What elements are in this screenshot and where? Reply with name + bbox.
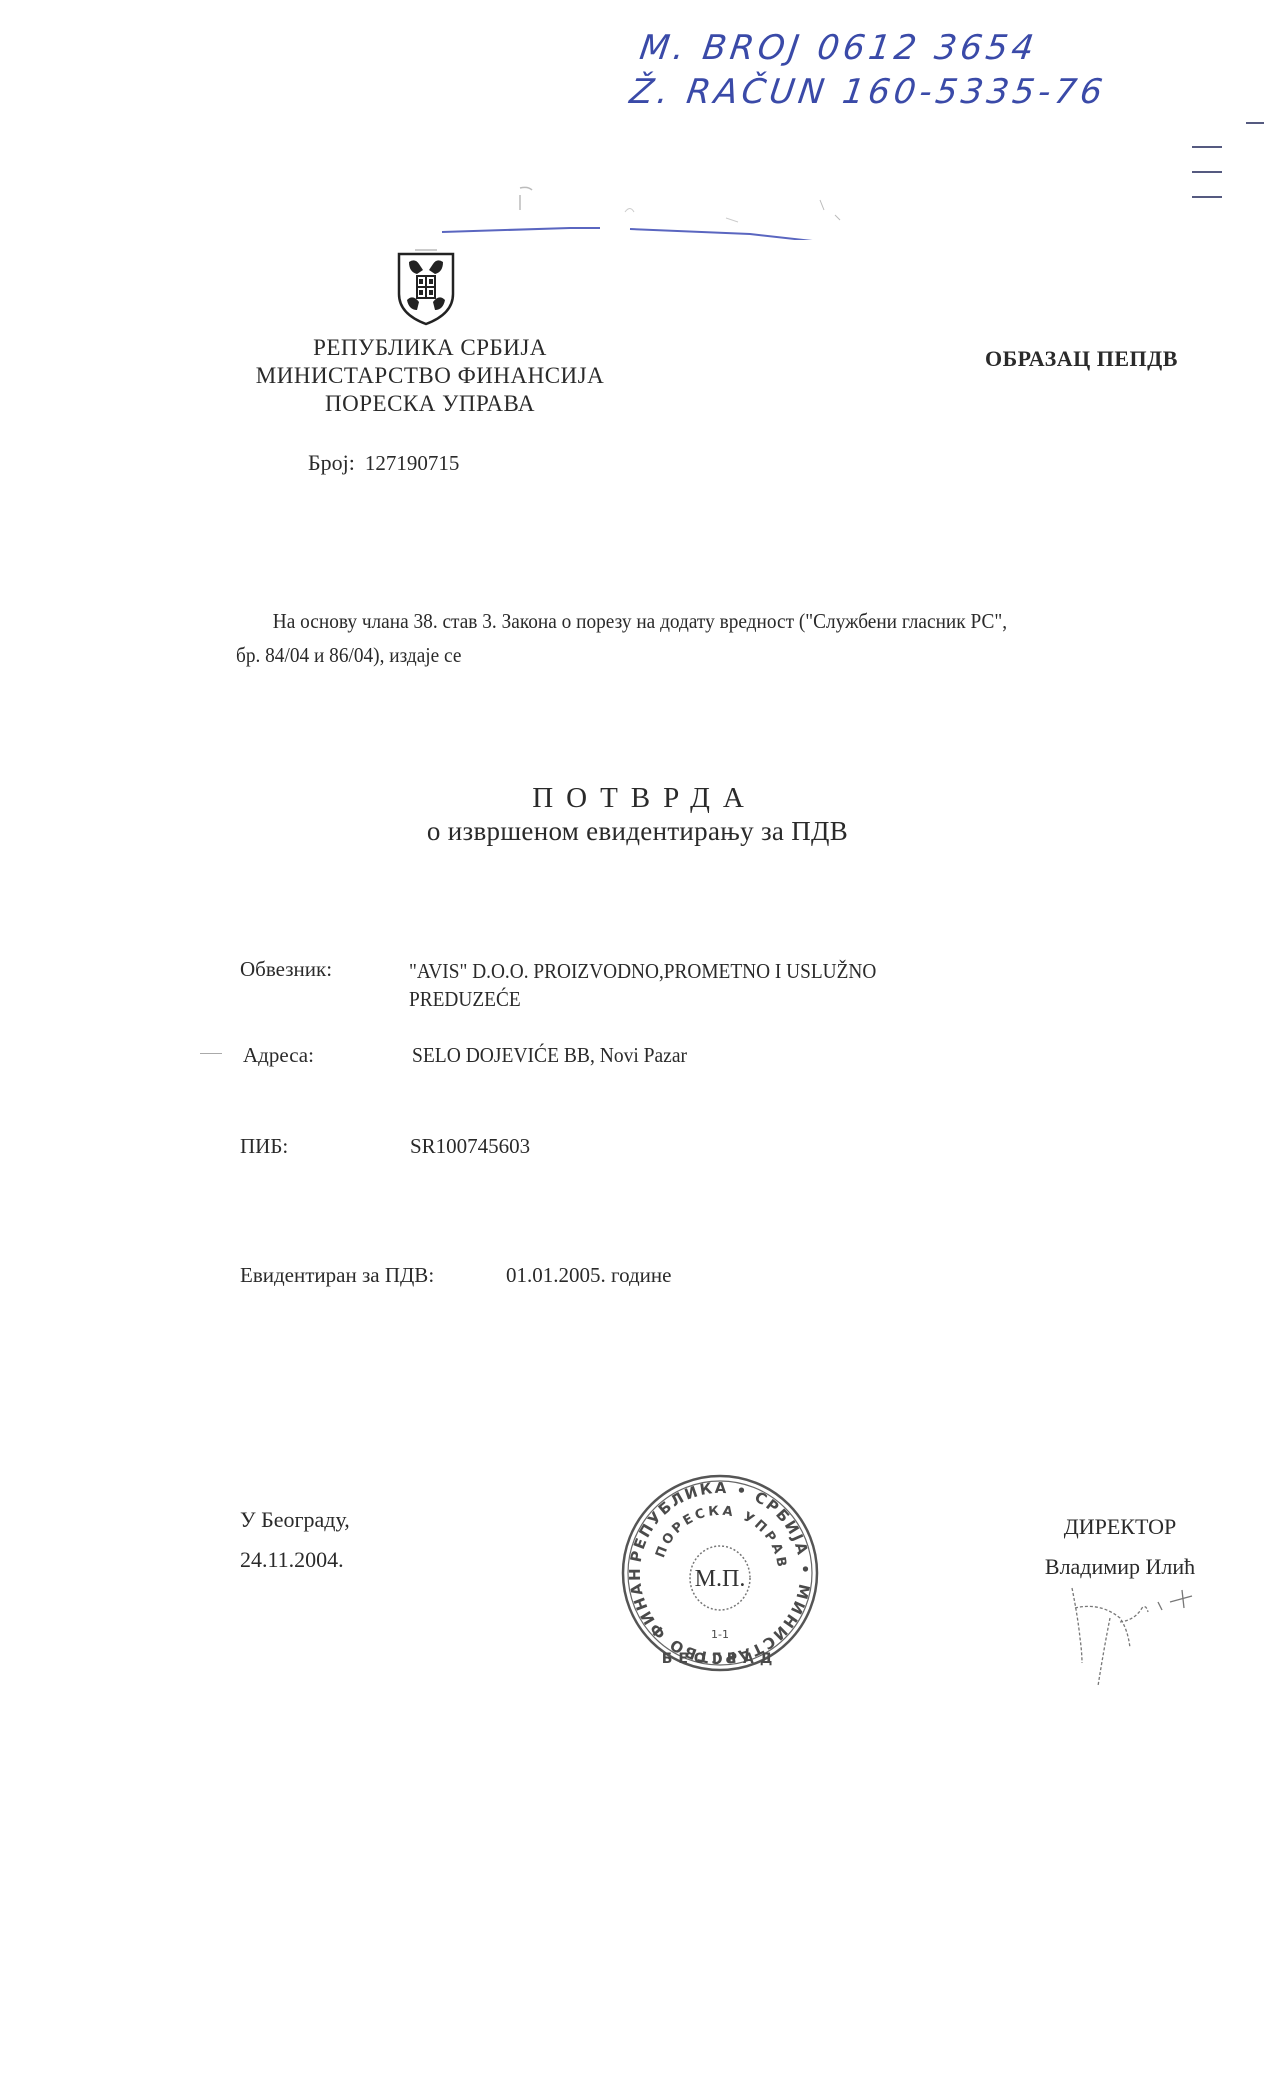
document-number-label: Број: — [308, 450, 355, 475]
pib-label: ПИБ: — [240, 1134, 288, 1159]
adresa-label: Адреса: — [243, 1043, 314, 1068]
evidentiran-value: 01.01.2005. године — [506, 1263, 671, 1288]
institution-name-line3: ПОРЕСКА УПРАВА — [240, 390, 620, 418]
margin-mark — [1192, 146, 1222, 148]
institution-name-line2: МИНИСТАРСТВО ФИНАНСИЈА — [240, 362, 620, 390]
document-subtitle: о извршеном евидентирању за ПДВ — [0, 816, 1275, 847]
handwritten-note-bank-account: Ž. RAČUN 160-5335-76 — [627, 72, 1109, 112]
intro-paragraph: На основу члана 38. став 3. Закона о пор… — [236, 604, 1142, 672]
serbian-coat-of-arms-icon — [395, 248, 457, 326]
svg-text:БЕОГРАД: БЕОГРАД — [662, 1651, 779, 1667]
intro-line1: На основу члана 38. став 3. Закона о пор… — [236, 604, 1142, 638]
obveznik-value-line1: "AVIS" D.O.O. PROIZVODNO,PROMETNO I USLU… — [409, 957, 998, 985]
pen-underline-scribble — [420, 160, 900, 240]
place-date-block: У Београду, 24.11.2004. — [240, 1500, 350, 1580]
issue-date: 24.11.2004. — [240, 1540, 350, 1580]
document-title: ПОТВРДА — [0, 782, 1275, 815]
margin-mark — [1192, 196, 1222, 198]
place: У Београду, — [240, 1500, 350, 1540]
scan-artifact-line — [200, 1053, 222, 1054]
institution-name-line1: РЕПУБЛИКА СРБИЈА — [240, 334, 620, 362]
document-number: Број:127190715 — [308, 450, 459, 476]
evidentiran-label: Евидентиран за ПДВ: — [240, 1263, 434, 1288]
official-seal-icon: РЕПУБЛИКА • СРБИЈА • МИНИСТАРСТВО ФИНАНС… — [620, 1468, 820, 1678]
obveznik-label: Обвезник: — [240, 957, 332, 982]
svg-text:М.П.: М.П. — [695, 1566, 746, 1592]
form-code: ОБРАЗАЦ ПЕПДВ — [985, 346, 1178, 372]
document-number-value: 127190715 — [365, 451, 460, 475]
intro-line2: бр. 84/04 и 86/04), издаје се — [236, 638, 1142, 672]
obveznik-value: "AVIS" D.O.O. PROIZVODNO,PROMETNO I USLU… — [409, 957, 998, 1013]
handwritten-signature-icon — [1020, 1578, 1220, 1688]
margin-mark — [1246, 122, 1264, 124]
handwritten-note-account-id: M. BROJ 0612 3654 — [637, 28, 1040, 68]
margin-mark — [1192, 171, 1222, 173]
obveznik-value-line2: PREDUZEĆE — [409, 985, 998, 1013]
pib-value: SR100745603 — [410, 1134, 530, 1159]
signatory-title: ДИРЕКТОР — [1010, 1507, 1230, 1547]
svg-text:1-1: 1-1 — [711, 1628, 729, 1641]
adresa-value: SELO DOJEVIĆE BB, Novi Pazar — [412, 1043, 687, 1068]
signatory-block: ДИРЕКТОР Владимир Илић — [1010, 1507, 1230, 1587]
